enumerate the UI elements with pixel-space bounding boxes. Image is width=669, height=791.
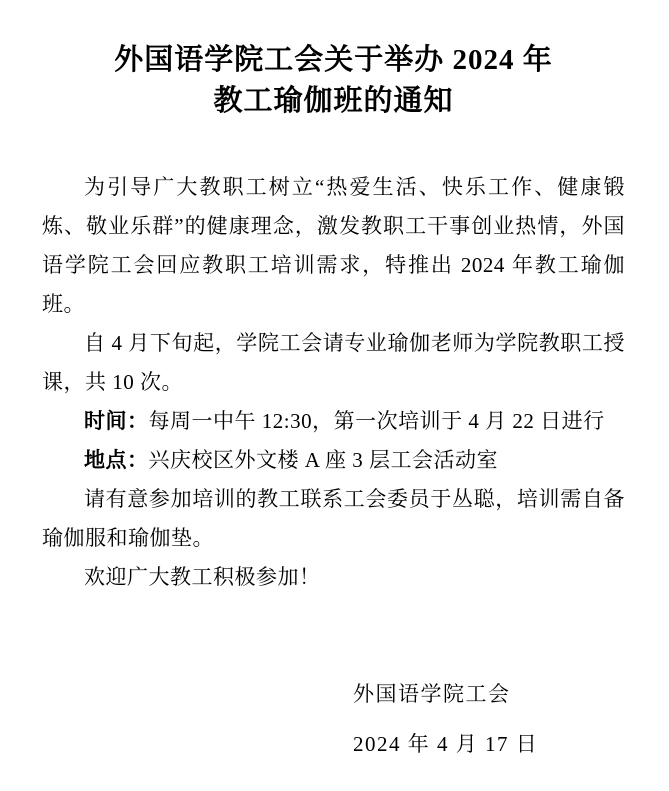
location-label: 地点： [84, 448, 149, 472]
paragraph-time: 时间：每周一中午 12:30，第一次培训于 4 月 22 日进行 [42, 402, 625, 441]
paragraph-location: 地点：兴庆校区外文楼 A 座 3 层工会活动室 [42, 441, 625, 480]
paragraph-registration: 请有意参加培训的教工联系工会委员于丛聪，培训需自备瑜伽服和瑜伽垫。 [42, 480, 625, 558]
paragraph-welcome: 欢迎广大教工积极参加！ [42, 558, 625, 597]
location-value: 兴庆校区外文楼 A 座 3 层工会活动室 [149, 448, 499, 472]
notice-document: 外国语学院工会关于举办 2024 年 教工瑜伽班的通知 为引导广大教职工树立“热… [0, 0, 669, 791]
notice-body: 为引导广大教职工树立“热爱生活、快乐工作、健康锻炼、敬业乐群”的健康理念，激发教… [42, 168, 625, 597]
title-line-2: 教工瑜伽班的通知 [42, 81, 625, 122]
time-label: 时间： [84, 409, 149, 433]
signature-org: 外国语学院工会 [353, 669, 625, 719]
title-line-1: 外国语学院工会关于举办 2024 年 [42, 40, 625, 81]
paragraph-intro: 为引导广大教职工树立“热爱生活、快乐工作、健康锻炼、敬业乐群”的健康理念，激发教… [42, 168, 625, 324]
signature-block: 外国语学院工会 2024 年 4 月 17 日 [353, 669, 625, 769]
paragraph-schedule: 自 4 月下旬起，学院工会请专业瑜伽老师为学院教职工授课，共 10 次。 [42, 324, 625, 402]
signature-date: 2024 年 4 月 17 日 [353, 719, 625, 769]
notice-title: 外国语学院工会关于举办 2024 年 教工瑜伽班的通知 [42, 40, 625, 122]
time-value: 每周一中午 12:30，第一次培训于 4 月 22 日进行 [149, 409, 605, 433]
